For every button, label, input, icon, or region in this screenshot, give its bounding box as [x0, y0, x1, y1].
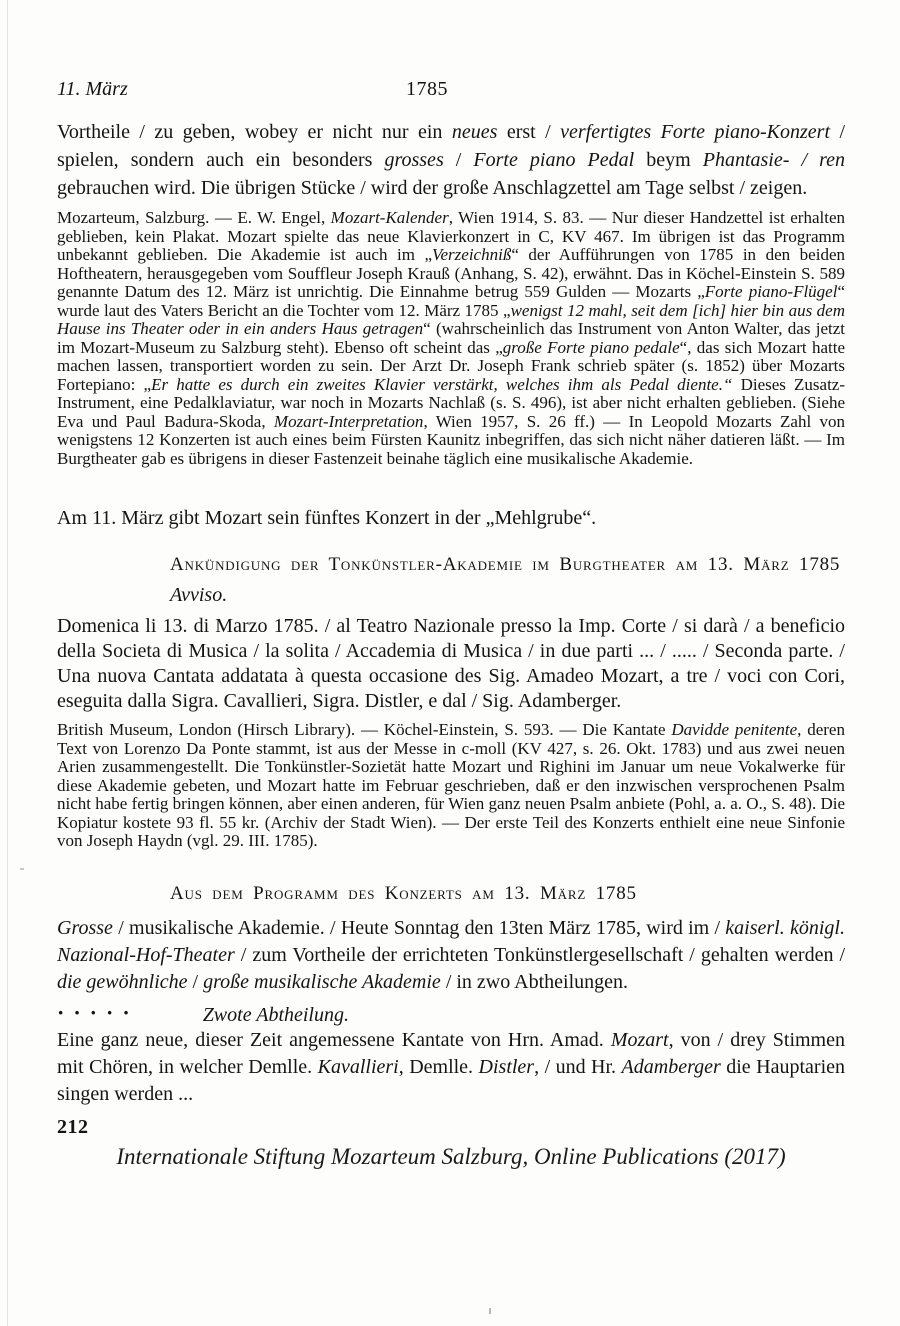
page-number: 212 [57, 1116, 845, 1139]
second-part-line: ·····Zwote Abtheilung. [57, 999, 845, 1026]
running-header: 11. März 1785 [57, 78, 845, 102]
quoted-cantata-text: Eine ganz neue, dieser Zeit angemessene … [57, 1027, 845, 1108]
scanned-document-page: 11. März 1785 Vortheile / zu geben, wobe… [0, 0, 900, 1170]
second-part-title: Zwote Abtheilung. [203, 1004, 349, 1026]
ellipsis-dots: ····· [57, 1000, 139, 1025]
avviso-subtitle: Avviso. [170, 582, 845, 608]
page-footer: 212 Internationale Stiftung Mozarteum Sa… [57, 1116, 845, 1170]
running-header-date: 11. März [57, 78, 128, 101]
announcement-heading: Ankündigung der Tonkünstler-Akademie im … [170, 552, 845, 578]
running-header-year: 1785 [406, 78, 448, 101]
quoted-avviso-text: Domenica li 13. di Marzo 1785. / al Teat… [57, 614, 845, 714]
editorial-note-second: British Museum, London (Hirsch Library).… [57, 721, 845, 851]
program-heading: Aus dem Programm des Konzerts am 13. Mär… [170, 881, 845, 907]
publication-credit: Internationale Stiftung Mozarteum Salzbu… [57, 1144, 845, 1170]
quoted-program-text: Grosse / musikalische Akademie. / Heute … [57, 915, 845, 996]
editorial-note-first: Mozarteum, Salzburg. — E. W. Engel, Moza… [57, 209, 845, 468]
quoted-handbill-text: Vortheile / zu geben, wobey er nicht nur… [57, 118, 845, 202]
narrative-line: Am 11. März gibt Mozart sein fünftes Kon… [57, 504, 845, 532]
scan-mark-artifact [489, 1308, 491, 1314]
